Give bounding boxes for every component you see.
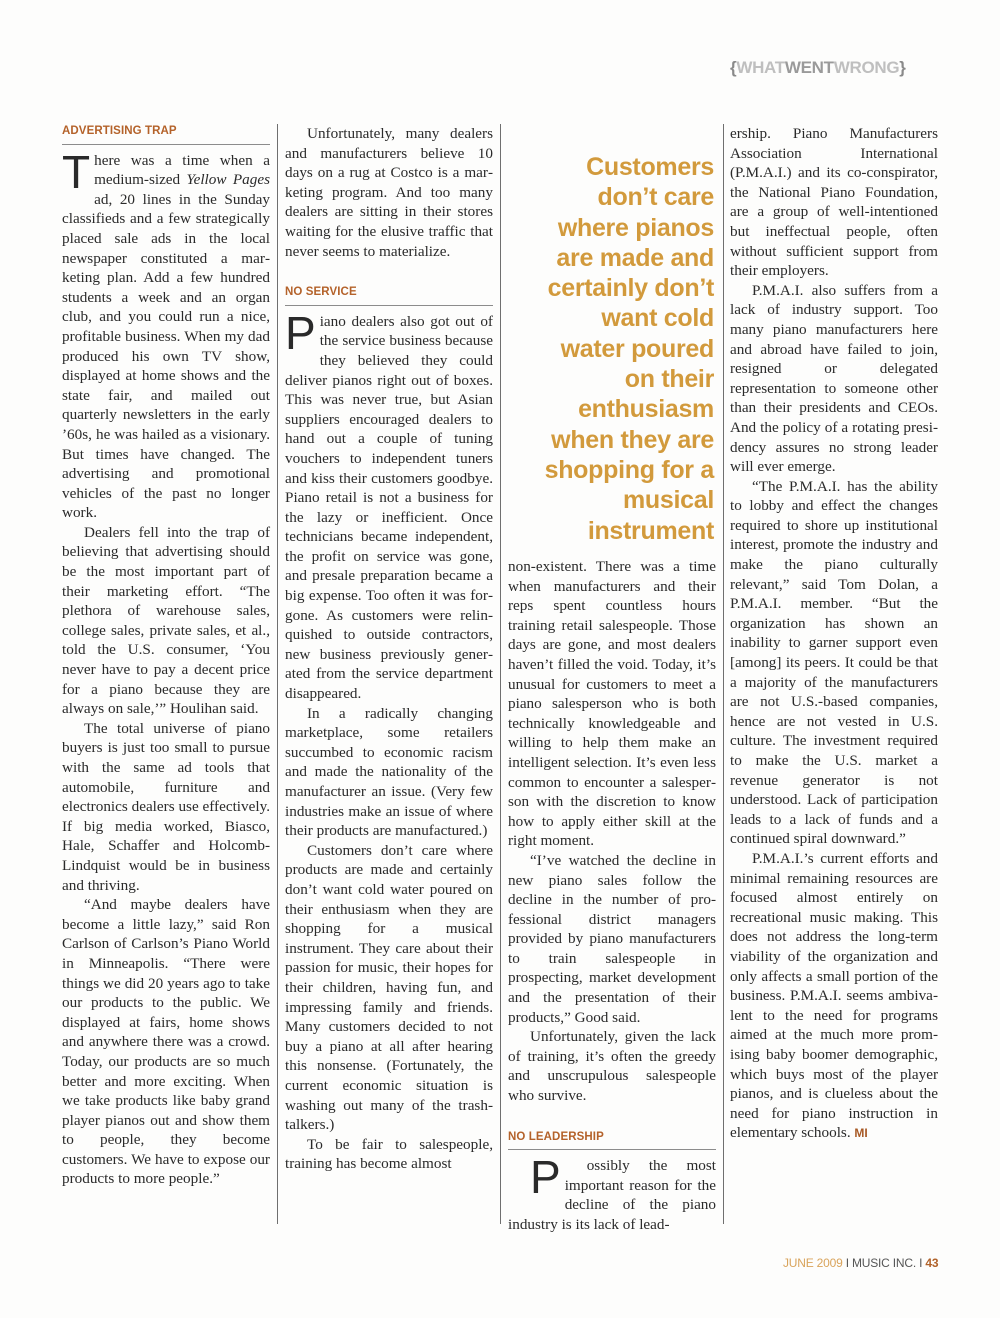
section-heading-advertising-trap: ADVERTISING TRAP (62, 122, 270, 145)
pull-quote-line: when they are (508, 425, 714, 455)
end-mark: MI (854, 1126, 867, 1140)
paragraph: ership. Piano Manufacturers Association … (730, 124, 938, 281)
footer-date: JUNE 2009 (783, 1256, 843, 1270)
paragraph-text: P.M.A.I.’s current efforts and minimal r… (730, 850, 938, 1141)
pull-quote-line: enthusiasm (508, 394, 714, 424)
pull-quote-line: certainly don’t (508, 273, 714, 303)
section-heading-no-service: NO SERVICE (285, 283, 493, 306)
paragraph: Unfortunately, given the lack of trainin… (508, 1027, 716, 1105)
section-heading-no-leadership: NO LEADERSHIP (508, 1128, 716, 1151)
column-divider (723, 124, 724, 1224)
paragraph: Possibly the most important reason for t… (508, 1156, 716, 1234)
pull-quote-line: on their (508, 364, 714, 394)
column-divider (500, 124, 501, 1224)
pull-quote-line: don’t care (508, 182, 714, 212)
pull-quote-line: instrument (508, 516, 714, 546)
footer-publication: MUSIC INC. (852, 1256, 916, 1270)
paragraph-text: iano dealers also got out of the service… (285, 313, 493, 702)
page-footer: JUNE 2009 I MUSIC INC. I 43 (783, 1256, 938, 1270)
paragraph: P.M.A.I. also suffers from a lack of ind… (730, 281, 938, 477)
section-tag: {WHATWENTWRONG} (730, 58, 906, 78)
paragraph: To be fair to salespeople, training has … (285, 1135, 493, 1174)
drop-cap: P (508, 1158, 561, 1196)
pull-quote-line: want cold (508, 303, 714, 333)
page-number: 43 (925, 1256, 938, 1270)
paragraph: The total universe of piano buyers is ju… (62, 719, 270, 895)
paragraph: Unfortunately, many dealers and manufact… (285, 124, 493, 261)
column-2: Unfortunately, many dealers and manufact… (285, 124, 493, 1174)
column-4: ership. Piano Manufacturers Association … (730, 124, 938, 1144)
paragraph: Customers don’t care where products are … (285, 841, 493, 1135)
column-divider (277, 124, 278, 1224)
column-1: ADVERTISING TRAP There was a time when a… (62, 122, 270, 1189)
paragraph-text: here was a time when a medium-sized Yell… (62, 152, 270, 522)
footer-separator: I (916, 1256, 925, 1270)
pull-quote-line: water poured (508, 334, 714, 364)
pull-quote-line: Customers (508, 152, 714, 182)
pull-quote-line: are made and (508, 243, 714, 273)
paragraph: “And maybe dealers have become a little … (62, 895, 270, 1189)
paragraph: There was a time when a medium-sized Yel… (62, 151, 270, 523)
paragraph: Dealers fell into the trap of believing … (62, 523, 270, 719)
pull-quote-line: shopping for a (508, 455, 714, 485)
tag-wrong: WRONG (834, 58, 900, 77)
paragraph: non-existent. There was a time when manu… (508, 557, 716, 851)
paragraph: “The P.M.A.I. has the abil­ity to lobby … (730, 477, 938, 849)
pull-quote: Customers don’t care where pianos are ma… (508, 152, 714, 546)
tag-went: WENT (785, 58, 834, 77)
italic-title: Yellow Pages (187, 171, 270, 188)
column-3: non-existent. There was a time when manu… (508, 557, 716, 1235)
drop-cap: P (285, 314, 316, 352)
footer-separator: I (843, 1256, 852, 1270)
close-brace: } (899, 58, 905, 77)
paragraph: “I’ve watched the decline in new piano s… (508, 851, 716, 1027)
pull-quote-line: where pianos (508, 213, 714, 243)
paragraph: Piano dealers also got out of the servic… (285, 312, 493, 704)
pull-quote-line: musical (508, 485, 714, 515)
paragraph: In a radically changing marketplace, som… (285, 704, 493, 841)
tag-what: WHAT (736, 58, 785, 77)
paragraph: P.M.A.I.’s current efforts and minimal r… (730, 849, 938, 1144)
drop-cap: T (62, 153, 90, 191)
